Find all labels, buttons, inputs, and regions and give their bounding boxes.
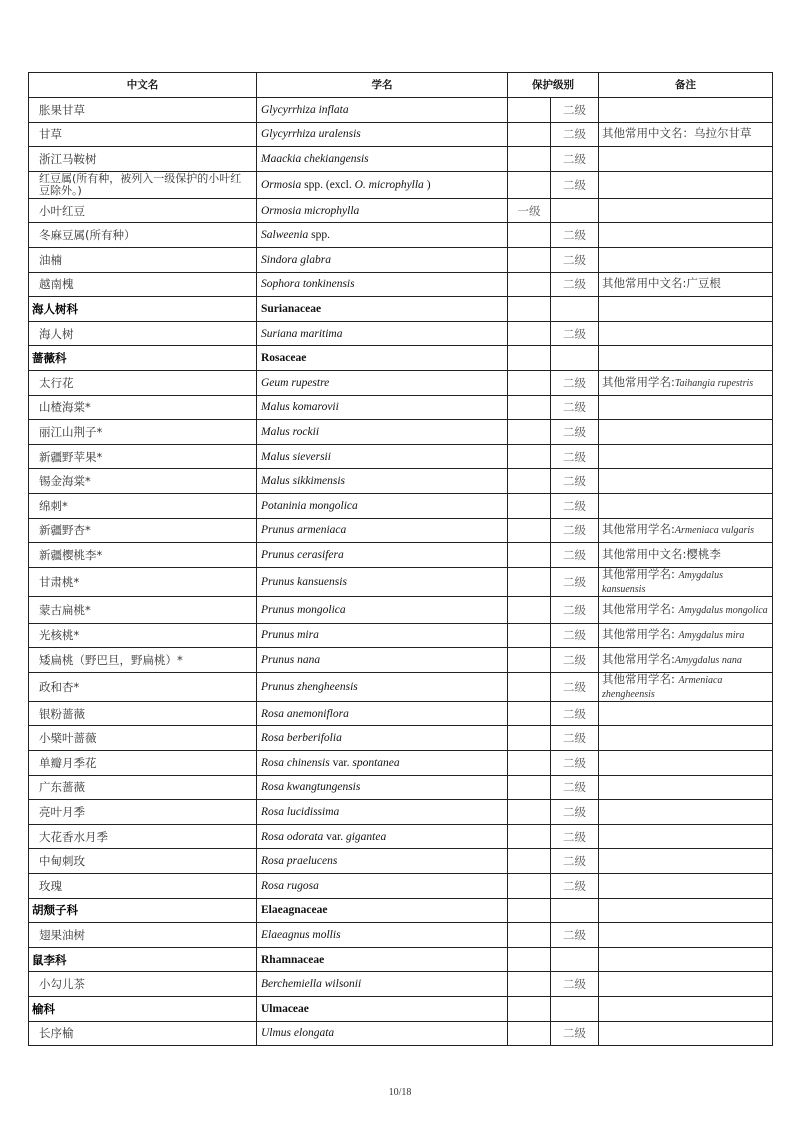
level-two-cell: 二级 <box>551 493 599 518</box>
note-scientific-name: Amygdalus nana <box>675 655 742 666</box>
chinese-name-cell: 海人树 <box>29 321 257 346</box>
level-one-cell <box>508 272 551 297</box>
level-one-cell <box>508 395 551 420</box>
family-row: 海人树科Surianaceae <box>29 297 773 322</box>
level-one-cell <box>508 147 551 172</box>
scientific-name-cell: Prunus zhengheensis <box>257 672 508 701</box>
level-two-cell: 二级 <box>551 800 599 825</box>
level-two-cell: 二级 <box>551 321 599 346</box>
chinese-name-cell: 广东蔷薇 <box>29 775 257 800</box>
notes-cell: 其他常用学名:Taihangia rupestris <box>599 370 773 395</box>
table-row: 山楂海棠*Malus komarovii二级 <box>29 395 773 420</box>
chinese-name-cell: 银粉蔷薇 <box>29 701 257 726</box>
notes-cell <box>599 171 773 198</box>
scientific-name-cell: Ormosia spp. (excl. O. microphylla ) <box>257 171 508 198</box>
level-one-cell <box>508 874 551 899</box>
level-two-cell: 二级 <box>551 726 599 751</box>
level-two-cell: 二级 <box>551 824 599 849</box>
level-one-cell <box>508 297 551 322</box>
note-scientific-name: Amygdalus mira <box>679 630 745 641</box>
chinese-name-cell: 翅果油树 <box>29 923 257 948</box>
notes-cell: 其他常用学名:Armeniaca vulgaris <box>599 518 773 543</box>
chinese-name-cell: 锡金海棠* <box>29 469 257 494</box>
level-two-cell: 二级 <box>551 444 599 469</box>
table-row: 单瓣月季花Rosa chinensis var. spontanea二级 <box>29 751 773 776</box>
chinese-name-cell: 太行花 <box>29 370 257 395</box>
level-two-cell: 二级 <box>551 672 599 701</box>
level-one-cell <box>508 648 551 673</box>
notes-cell <box>599 493 773 518</box>
table-row: 浙江马鞍树Maackia chekiangensis二级 <box>29 147 773 172</box>
scientific-name-cell: Elaeagnus mollis <box>257 923 508 948</box>
notes-cell <box>599 997 773 1022</box>
table-row: 大花香水月季Rosa odorata var. gigantea二级 <box>29 824 773 849</box>
level-two-cell <box>551 947 599 972</box>
level-one-cell <box>508 122 551 147</box>
notes-cell <box>599 1021 773 1046</box>
level-two-cell: 二级 <box>551 122 599 147</box>
chinese-name-cell: 矮扁桃（野巴旦，野扁桃）* <box>29 648 257 673</box>
table-header-row: 中文名 学名 保护级别 备注 <box>29 73 773 98</box>
scientific-name-cell: Salweenia spp. <box>257 223 508 248</box>
chinese-name-cell: 浙江马鞍树 <box>29 147 257 172</box>
notes-cell: 其他常用学名: Amygdalus mira <box>599 623 773 648</box>
level-one-cell <box>508 898 551 923</box>
scientific-name-cell: Rosa odorata var. gigantea <box>257 824 508 849</box>
notes-cell <box>599 923 773 948</box>
notes-cell <box>599 874 773 899</box>
table-row: 小勾儿茶Berchemiella wilsonii二级 <box>29 972 773 997</box>
notes-cell <box>599 346 773 371</box>
scientific-name-cell: Prunus cerasifera <box>257 543 508 568</box>
table-row: 锡金海棠*Malus sikkimensis二级 <box>29 469 773 494</box>
scientific-name-cell: Ulmus elongata <box>257 1021 508 1046</box>
level-one-cell <box>508 493 551 518</box>
notes-cell <box>599 147 773 172</box>
table-body: 胀果甘草Glycyrrhiza inflata二级甘草Glycyrrhiza u… <box>29 98 773 1046</box>
level-two-cell: 二级 <box>551 543 599 568</box>
chinese-name-cell: 新疆野苹果* <box>29 444 257 469</box>
chinese-name-cell: 越南槐 <box>29 272 257 297</box>
chinese-name-cell: 丽江山荆子* <box>29 420 257 445</box>
scientific-name-cell: Rosaceae <box>257 346 508 371</box>
notes-cell <box>599 701 773 726</box>
notes-cell <box>599 824 773 849</box>
level-two-cell: 二级 <box>551 395 599 420</box>
notes-cell: 其他常用学名: Amygdalus kansuensis <box>599 567 773 596</box>
scientific-name-cell: Potaninia mongolica <box>257 493 508 518</box>
notes-cell <box>599 775 773 800</box>
note-text: 其他常用学名: <box>602 375 675 389</box>
level-two-cell: 二级 <box>551 370 599 395</box>
level-one-cell <box>508 171 551 198</box>
chinese-name-cell: 蔷薇科 <box>29 346 257 371</box>
notes-cell <box>599 849 773 874</box>
table-row: 中甸刺玫Rosa praelucens二级 <box>29 849 773 874</box>
table-row: 越南槐Sophora tonkinensis二级其他常用中文名:广豆根 <box>29 272 773 297</box>
notes-cell: 其他常用中文名:广豆根 <box>599 272 773 297</box>
chinese-name-cell: 亮叶月季 <box>29 800 257 825</box>
level-one-cell <box>508 997 551 1022</box>
chinese-name-cell: 冬麻豆属(所有种） <box>29 223 257 248</box>
level-one-cell <box>508 444 551 469</box>
level-two-cell: 二级 <box>551 147 599 172</box>
chinese-name-cell: 玫瑰 <box>29 874 257 899</box>
table-row: 银粉蔷薇Rosa anemoniflora二级 <box>29 701 773 726</box>
chinese-name-cell: 油楠 <box>29 247 257 272</box>
table-row: 甘草Glycyrrhiza uralensis二级其他常用中文名：乌拉尔甘草 <box>29 122 773 147</box>
scientific-name-cell: Geum rupestre <box>257 370 508 395</box>
chinese-name-cell: 大花香水月季 <box>29 824 257 849</box>
table-row: 丽江山荆子*Malus rockii二级 <box>29 420 773 445</box>
table-row: 小叶红豆Ormosia microphylla一级 <box>29 198 773 223</box>
level-two-cell: 二级 <box>551 849 599 874</box>
notes-cell <box>599 321 773 346</box>
notes-cell: 其他常用中文名:樱桃李 <box>599 543 773 568</box>
level-two-cell: 二级 <box>551 247 599 272</box>
scientific-name-cell: Elaeagnaceae <box>257 898 508 923</box>
header-scientific-name: 学名 <box>257 73 508 98</box>
notes-cell <box>599 972 773 997</box>
note-text: 其他常用学名: <box>602 672 679 686</box>
notes-cell <box>599 223 773 248</box>
level-two-cell: 二级 <box>551 223 599 248</box>
scientific-name-cell: Prunus kansuensis <box>257 567 508 596</box>
scientific-name-cell: Rosa praelucens <box>257 849 508 874</box>
level-two-cell: 二级 <box>551 420 599 445</box>
family-row: 胡颓子科Elaeagnaceae <box>29 898 773 923</box>
notes-cell: 其他常用中文名：乌拉尔甘草 <box>599 122 773 147</box>
chinese-name-cell: 单瓣月季花 <box>29 751 257 776</box>
notes-cell <box>599 98 773 123</box>
level-one-cell <box>508 223 551 248</box>
protected-species-table: 中文名 学名 保护级别 备注 胀果甘草Glycyrrhiza inflata二级… <box>28 72 773 1046</box>
scientific-name-cell: Glycyrrhiza uralensis <box>257 122 508 147</box>
level-one-cell <box>508 672 551 701</box>
level-two-cell: 二级 <box>551 775 599 800</box>
note-text: 其他常用中文名：乌拉尔甘草 <box>602 126 752 140</box>
level-one-cell <box>508 923 551 948</box>
level-two-cell: 二级 <box>551 648 599 673</box>
scientific-name-cell: Prunus armeniaca <box>257 518 508 543</box>
table-row: 绵刺*Potaninia mongolica二级 <box>29 493 773 518</box>
chinese-name-cell: 政和杏* <box>29 672 257 701</box>
level-one-cell <box>508 800 551 825</box>
level-one-cell <box>508 98 551 123</box>
note-scientific-name: Armeniaca vulgaris <box>675 525 754 536</box>
level-one-cell <box>508 849 551 874</box>
level-two-cell: 二级 <box>551 469 599 494</box>
note-text: 其他常用学名: <box>602 522 675 536</box>
level-one-cell <box>508 751 551 776</box>
notes-cell <box>599 420 773 445</box>
chinese-name-cell: 甘草 <box>29 122 257 147</box>
table-row: 太行花Geum rupestre二级其他常用学名:Taihangia rupes… <box>29 370 773 395</box>
level-two-cell: 二级 <box>551 596 599 623</box>
notes-cell <box>599 444 773 469</box>
table-row: 小檗叶蔷薇Rosa berberifolia二级 <box>29 726 773 751</box>
scientific-name-cell: Sophora tonkinensis <box>257 272 508 297</box>
header-chinese-name: 中文名 <box>29 73 257 98</box>
level-one-cell <box>508 972 551 997</box>
header-protection-level: 保护级别 <box>508 73 599 98</box>
scientific-name-cell: Rosa anemoniflora <box>257 701 508 726</box>
scientific-name-cell: Rhamnaceae <box>257 947 508 972</box>
notes-cell <box>599 198 773 223</box>
level-one-cell <box>508 596 551 623</box>
chinese-name-cell: 蒙古扁桃* <box>29 596 257 623</box>
scientific-name-cell: Malus sieversii <box>257 444 508 469</box>
note-text: 其他常用学名: <box>602 567 679 581</box>
level-two-cell: 二级 <box>551 272 599 297</box>
notes-cell <box>599 800 773 825</box>
notes-cell <box>599 297 773 322</box>
notes-cell <box>599 751 773 776</box>
chinese-name-cell: 榆科 <box>29 997 257 1022</box>
chinese-name-cell: 长序榆 <box>29 1021 257 1046</box>
chinese-name-cell: 中甸刺玫 <box>29 849 257 874</box>
level-two-cell <box>551 997 599 1022</box>
table-row: 海人树Suriana maritima二级 <box>29 321 773 346</box>
level-two-cell <box>551 346 599 371</box>
table-row: 新疆野杏*Prunus armeniaca二级其他常用学名:Armeniaca … <box>29 518 773 543</box>
family-row: 蔷薇科Rosaceae <box>29 346 773 371</box>
table-row: 冬麻豆属(所有种）Salweenia spp.二级 <box>29 223 773 248</box>
level-one-cell <box>508 824 551 849</box>
scientific-name-cell: Prunus mongolica <box>257 596 508 623</box>
note-text: 其他常用学名: <box>602 627 679 641</box>
level-two-cell: 二级 <box>551 623 599 648</box>
level-one-cell: 一级 <box>508 198 551 223</box>
level-two-cell <box>551 198 599 223</box>
notes-cell: 其他常用学名:Amygdalus nana <box>599 648 773 673</box>
scientific-name-cell: Rosa chinensis var. spontanea <box>257 751 508 776</box>
level-one-cell <box>508 321 551 346</box>
scientific-name-cell: Rosa berberifolia <box>257 726 508 751</box>
scientific-name-cell: Rosa rugosa <box>257 874 508 899</box>
level-two-cell: 二级 <box>551 98 599 123</box>
level-two-cell: 二级 <box>551 518 599 543</box>
family-row: 鼠李科Rhamnaceae <box>29 947 773 972</box>
page-number: 10/18 <box>0 1087 800 1098</box>
scientific-name-cell: Malus sikkimensis <box>257 469 508 494</box>
header-notes: 备注 <box>599 73 773 98</box>
level-two-cell: 二级 <box>551 923 599 948</box>
scientific-name-cell: Ulmaceae <box>257 997 508 1022</box>
scientific-name-cell: Rosa lucidissima <box>257 800 508 825</box>
chinese-name-cell: 小勾儿茶 <box>29 972 257 997</box>
level-one-cell <box>508 469 551 494</box>
level-two-cell <box>551 297 599 322</box>
level-one-cell <box>508 726 551 751</box>
scientific-name-cell: Malus komarovii <box>257 395 508 420</box>
chinese-name-cell: 甘肃桃* <box>29 567 257 596</box>
table-row: 亮叶月季Rosa lucidissima二级 <box>29 800 773 825</box>
chinese-name-cell: 小檗叶蔷薇 <box>29 726 257 751</box>
note-text: 其他常用中文名:广豆根 <box>602 276 721 290</box>
table-row: 翅果油树Elaeagnus mollis二级 <box>29 923 773 948</box>
chinese-name-cell: 胡颓子科 <box>29 898 257 923</box>
note-text: 其他常用学名: <box>602 602 679 616</box>
table-row: 蒙古扁桃*Prunus mongolica二级其他常用学名: Amygdalus… <box>29 596 773 623</box>
family-row: 榆科Ulmaceae <box>29 997 773 1022</box>
chinese-name-cell: 新疆樱桃李* <box>29 543 257 568</box>
note-scientific-name: Amygdalus mongolica <box>679 605 768 616</box>
chinese-name-cell: 新疆野杏* <box>29 518 257 543</box>
table-row: 油楠Sindora glabra二级 <box>29 247 773 272</box>
level-two-cell: 二级 <box>551 171 599 198</box>
level-one-cell <box>508 775 551 800</box>
level-two-cell: 二级 <box>551 751 599 776</box>
table-row: 新疆樱桃李*Prunus cerasifera二级其他常用中文名:樱桃李 <box>29 543 773 568</box>
notes-cell <box>599 395 773 420</box>
scientific-name-cell: Maackia chekiangensis <box>257 147 508 172</box>
scientific-name-cell: Prunus nana <box>257 648 508 673</box>
chinese-name-cell: 小叶红豆 <box>29 198 257 223</box>
level-one-cell <box>508 701 551 726</box>
table-row: 光核桃*Prunus mira二级其他常用学名: Amygdalus mira <box>29 623 773 648</box>
note-text: 其他常用中文名:樱桃李 <box>602 547 721 561</box>
chinese-name-cell: 胀果甘草 <box>29 98 257 123</box>
chinese-name-cell: 山楂海棠* <box>29 395 257 420</box>
scientific-name-cell: Rosa kwangtungensis <box>257 775 508 800</box>
scientific-name-cell: Sindora glabra <box>257 247 508 272</box>
scientific-name-cell: Suriana maritima <box>257 321 508 346</box>
notes-cell <box>599 898 773 923</box>
level-one-cell <box>508 370 551 395</box>
notes-cell <box>599 726 773 751</box>
notes-cell: 其他常用学名: Armeniaca zhengheensis <box>599 672 773 701</box>
scientific-name-cell: Berchemiella wilsonii <box>257 972 508 997</box>
level-two-cell: 二级 <box>551 874 599 899</box>
level-one-cell <box>508 518 551 543</box>
level-one-cell <box>508 346 551 371</box>
level-one-cell <box>508 1021 551 1046</box>
notes-cell <box>599 469 773 494</box>
table-row: 玫瑰Rosa rugosa二级 <box>29 874 773 899</box>
note-scientific-name: Taihangia rupestris <box>675 378 753 389</box>
scientific-name-cell: Surianaceae <box>257 297 508 322</box>
level-two-cell: 二级 <box>551 567 599 596</box>
level-one-cell <box>508 947 551 972</box>
scientific-name-cell: Prunus mira <box>257 623 508 648</box>
level-two-cell: 二级 <box>551 1021 599 1046</box>
level-one-cell <box>508 567 551 596</box>
level-one-cell <box>508 543 551 568</box>
chinese-name-cell: 海人树科 <box>29 297 257 322</box>
table-row: 红豆属(所有种，被列入一级保护的小叶红豆除外。)Ormosia spp. (ex… <box>29 171 773 198</box>
level-one-cell <box>508 420 551 445</box>
table-row: 广东蔷薇Rosa kwangtungensis二级 <box>29 775 773 800</box>
scientific-name-cell: Malus rockii <box>257 420 508 445</box>
level-one-cell <box>508 623 551 648</box>
notes-cell <box>599 247 773 272</box>
chinese-name-cell: 鼠李科 <box>29 947 257 972</box>
notes-cell <box>599 947 773 972</box>
table-row: 胀果甘草Glycyrrhiza inflata二级 <box>29 98 773 123</box>
chinese-name-cell: 光核桃* <box>29 623 257 648</box>
level-one-cell <box>508 247 551 272</box>
table-row: 长序榆Ulmus elongata二级 <box>29 1021 773 1046</box>
table-row: 新疆野苹果*Malus sieversii二级 <box>29 444 773 469</box>
chinese-name-cell: 红豆属(所有种，被列入一级保护的小叶红豆除外。) <box>29 171 257 198</box>
table-row: 政和杏*Prunus zhengheensis二级其他常用学名: Armenia… <box>29 672 773 701</box>
scientific-name-cell: Glycyrrhiza inflata <box>257 98 508 123</box>
table-row: 甘肃桃*Prunus kansuensis二级其他常用学名: Amygdalus… <box>29 567 773 596</box>
level-two-cell: 二级 <box>551 701 599 726</box>
scientific-name-cell: Ormosia microphylla <box>257 198 508 223</box>
note-text: 其他常用学名: <box>602 652 675 666</box>
level-two-cell <box>551 898 599 923</box>
table-row: 矮扁桃（野巴旦，野扁桃）*Prunus nana二级其他常用学名:Amygdal… <box>29 648 773 673</box>
chinese-name-cell: 绵刺* <box>29 493 257 518</box>
level-two-cell: 二级 <box>551 972 599 997</box>
notes-cell: 其他常用学名: Amygdalus mongolica <box>599 596 773 623</box>
